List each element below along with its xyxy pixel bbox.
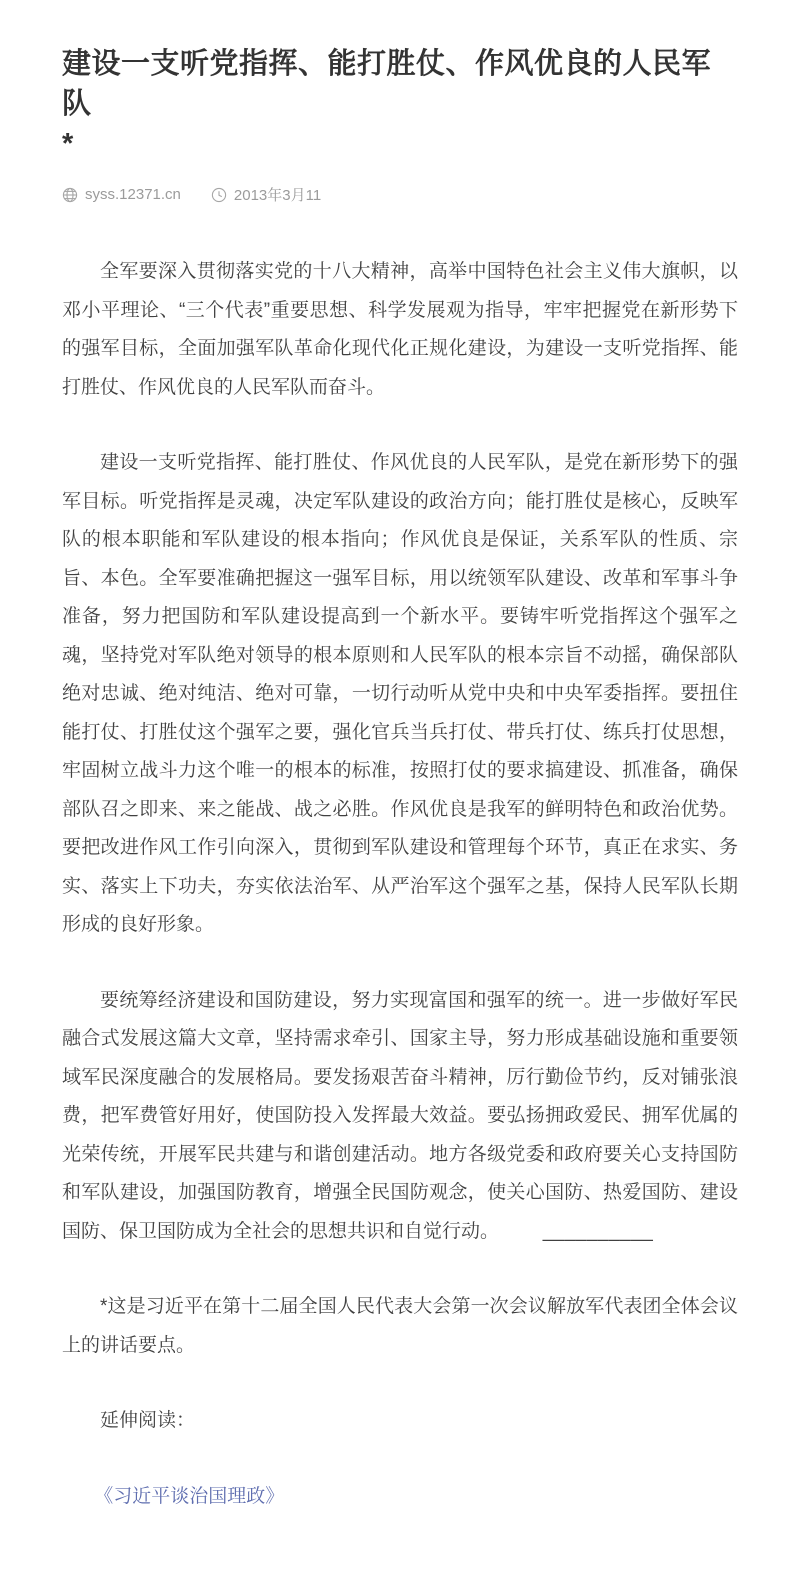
clock-icon <box>211 187 227 203</box>
article-body: 全军要深入贯彻落实党的十八大精神，高举中国特色社会主义伟大旗帜，以邓小平理论、“… <box>62 253 738 1516</box>
paragraph-1: 全军要深入贯彻落实党的十八大精神，高举中国特色社会主义伟大旗帜，以邓小平理论、“… <box>62 253 738 407</box>
article-container: 建设一支听党指挥、能打胜仗、作风优良的人民军队 * syss.12371.cn <box>0 0 800 1576</box>
globe-icon <box>62 187 78 203</box>
paragraph-3-text: 要统筹经济建设和国防建设，努力实现富国和强军的统一。进一步做好军民融合式发展这篇… <box>62 990 738 1242</box>
meta-source: syss.12371.cn <box>62 186 181 203</box>
footnote: *这是习近平在第十二届全国人民代表大会第一次会议解放军代表团全体会议上的讲话要点… <box>62 1288 738 1365</box>
article-title-footnote-marker: * <box>62 124 738 164</box>
article-meta: syss.12371.cn 2013年3月11 <box>62 184 738 205</box>
related-reading-link[interactable]: 《习近平谈治国理政》 <box>62 1478 738 1517</box>
article-page: 建设一支听党指挥、能打胜仗、作风优良的人民军队 * syss.12371.cn <box>0 0 800 1576</box>
paragraph-2: 建设一支听党指挥、能打胜仗、作风优良的人民军队，是党在新形势下的强军目标。听党指… <box>62 444 738 945</box>
related-reading-label: 延伸阅读： <box>62 1402 738 1441</box>
meta-date: 2013年3月11 <box>211 184 321 205</box>
footnote-divider: __________ <box>543 1213 654 1252</box>
article-title-text: 建设一支听党指挥、能打胜仗、作风优良的人民军队 <box>62 48 711 120</box>
paragraph-3: 要统筹经济建设和国防建设，努力实现富国和强军的统一。进一步做好军民融合式发展这篇… <box>62 982 738 1252</box>
meta-date-text: 2013年3月11 <box>234 184 321 205</box>
article-title: 建设一支听党指挥、能打胜仗、作风优良的人民军队 * <box>62 44 738 164</box>
meta-source-text: syss.12371.cn <box>85 186 181 203</box>
